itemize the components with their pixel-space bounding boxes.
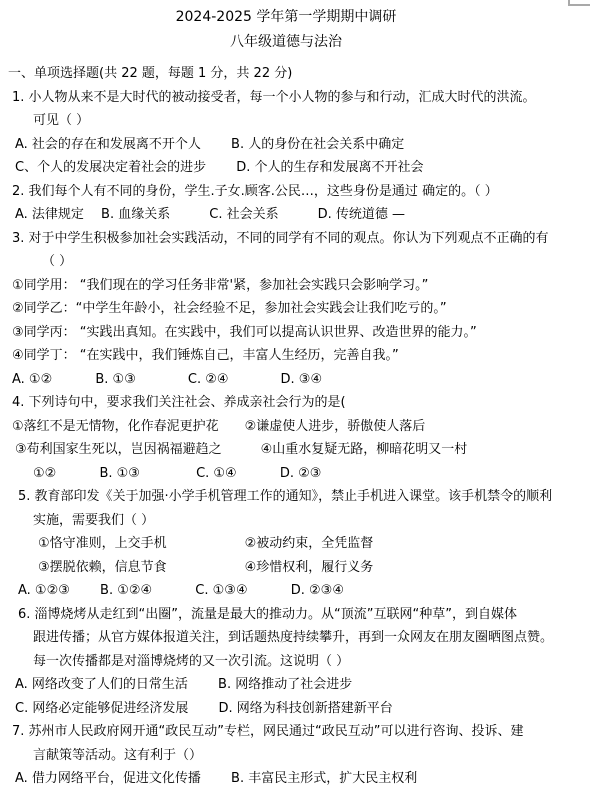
question-3-view-4: ④同学丁： “在实践中，我们锤炼自己，丰富人生经历，完善自我。” xyxy=(0,344,590,368)
paper-title: 2024-2025 学年第一学期期中调研 xyxy=(0,0,572,27)
window-corner-fragment xyxy=(568,0,590,6)
question-7-stem-cont: 言献策等活动。这有利于（） xyxy=(0,744,590,768)
question-6-stem-cont-2: 每一次传播都是对淄博烧烤的又一次引流。这说明（ ） xyxy=(0,650,590,674)
question-7-stem: 7. 苏州市人民政府网开通“政民互动”专栏，网民通过“政民互动”可以进行咨询、投… xyxy=(0,720,590,744)
question-3-view-2: ②同学乙：“中学生年龄小，社会经验不足，参加社会实践会让我们吃亏的。” xyxy=(0,297,590,321)
question-4-items-34: ③苟利国家生死以，岂因祸福避趋之 ④山重水复疑无路，柳暗花明又一村 xyxy=(0,438,590,462)
question-1-options-cd: C、个人的发展决定着社会的进步 D. 个人的生存和发展离不开社会 xyxy=(0,156,590,180)
exam-paper-page: 2024-2025 学年第一学期期中调研 八年级道德与法治 一、单项选择题(共 … xyxy=(0,0,590,809)
question-1-stem-cont: 可见（ ） xyxy=(0,109,590,133)
question-6-stem-cont-1: 跟进传播；从官方媒体报道关注，到话题热度持续攀升，再到一众网友在朋友圈晒图点赞。 xyxy=(0,626,590,650)
question-3-view-1: ①同学用： “我们现在的学习任务非常'紧，参加社会实践只会影响学习。” xyxy=(0,274,590,298)
question-5-stem-cont: 实施，需要我们（ ） xyxy=(0,509,590,533)
question-4-options: ①② B. ①③ C. ①④ D. ②③ xyxy=(0,462,590,486)
question-2-options: A. 法律规定 B. 血缘关系 C. 社会关系 D. 传统道德 — xyxy=(0,203,590,227)
question-3-view-3: ③同学丙： “实践出真知。在实践中，我们可以提高认识世界、改造世界的能力。” xyxy=(0,321,590,345)
question-7-options-ab: A. 借力网络平台，促进文化传播 B. 丰富民主形式，扩大民主权利 xyxy=(0,767,590,791)
question-4-items-12: ①落红不是无情物，化作春泥更护花 ②谦虚使人进步，骄傲使人落后 xyxy=(0,415,590,439)
question-4-stem: 4. 下列诗句中，要求我们关注社会、养成亲社会行为的是( xyxy=(0,391,590,415)
question-3-options: A. ①② B. ①③ C. ②④ D. ③④ xyxy=(0,368,590,392)
question-5-options: A. ①②③ B. ①②④ C. ①③④ D. ②③④ xyxy=(0,579,590,603)
question-6-stem: 6. 淄博烧烤从走红到“出圈”，流量是最大的推动力。从“顶流”互联网“种草”，到… xyxy=(0,603,590,627)
question-3-stem-cont: （ ） xyxy=(0,250,590,274)
question-5-items-34: ③摆脱依赖，信息节食 ④珍惜权利，履行义务 xyxy=(0,556,590,580)
question-1-options-ab: A. 社会的存在和发展离不开个人 B. 人的身份在社会关系中确定 xyxy=(0,133,590,157)
title-block: 2024-2025 学年第一学期期中调研 八年级道德与法治 xyxy=(0,0,572,52)
question-2-stem: 2. 我们每个人有不同的身份，学生.子女.顾客.公民…，这些身份是通过 确定的。… xyxy=(0,180,590,204)
question-6-options-cd: C. 网络必定能够促进经济发展 D. 网络为科技创新搭建新平台 xyxy=(0,697,590,721)
question-5-stem: 5. 教育部印发《关于加强·小学手机管理工作的通知》，禁止手机进入课堂。该手机禁… xyxy=(0,485,590,509)
question-1-stem: 1. 小人物从来不是大时代的被动接受者，每一个小人物的参与和行动，汇成大时代的洪… xyxy=(0,86,590,110)
paper-body: 一、单项选择题(共 22 题，每题 1 分，共 22 分)1. 小人物从来不是大… xyxy=(0,62,590,791)
question-5-items-12: ①恪守准则，上交手机 ②被动约束，全凭监督 xyxy=(0,532,590,556)
question-3-stem: 3. 对于中学生积极参加社会实践活动，不同的同学有不同的观点。你认为下列观点不正… xyxy=(0,227,590,251)
question-6-options-ab: A. 网络改变了人们的日常生活 B. 网络推动了社会进步 xyxy=(0,673,590,697)
section-heading: 一、单项选择题(共 22 题，每题 1 分，共 22 分) xyxy=(0,62,590,86)
paper-subtitle: 八年级道德与法治 xyxy=(0,33,572,52)
